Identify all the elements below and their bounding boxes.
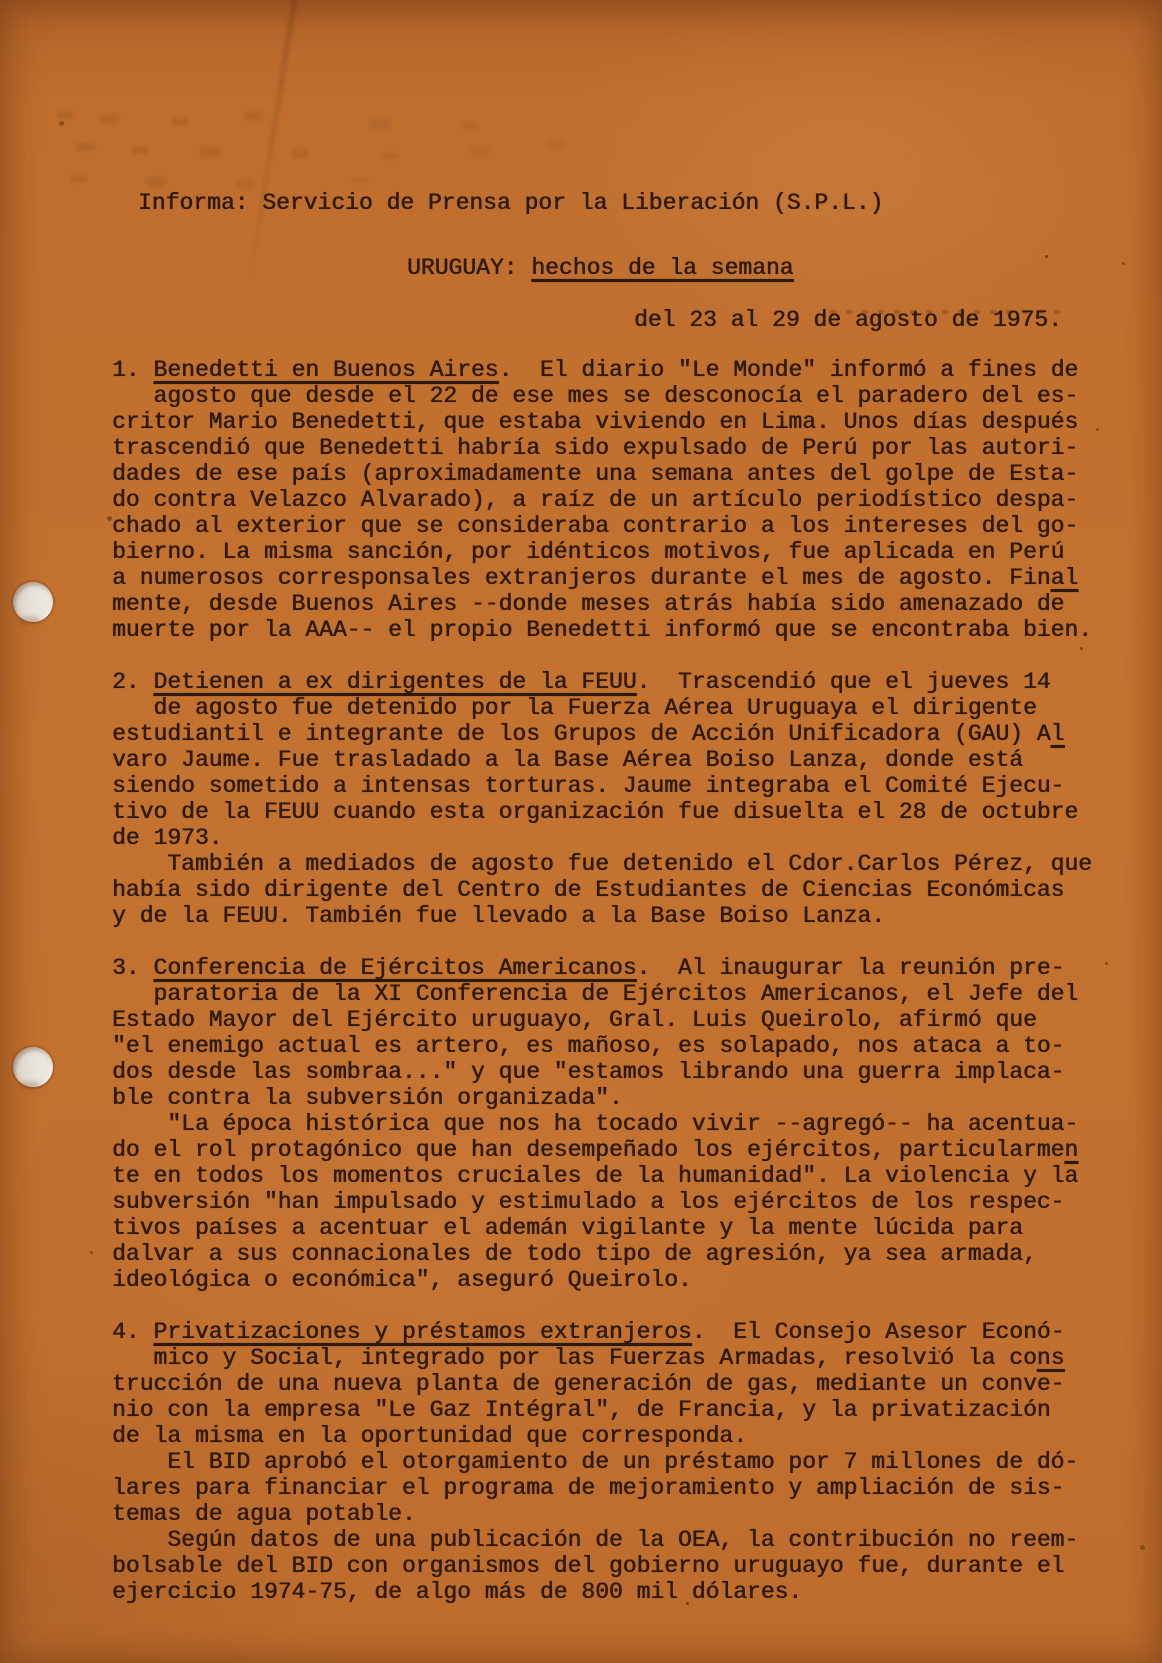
text-segment: do el rol protagónico que han desempeñad… <box>112 1137 1064 1163</box>
text-segment: 2. <box>112 669 153 695</box>
text-line: y de la FEUU. También fue llevado a la B… <box>112 903 1162 929</box>
text-line: tivo de la FEUU cuando esta organización… <box>112 799 1162 825</box>
text-segment: muerte por la AAA-- el propio Benedetti … <box>112 617 1092 643</box>
text-line: dalvar a sus connacionales de todo tipo … <box>112 1241 1162 1267</box>
text-line: tivos países a acentuar el ademán vigila… <box>112 1215 1162 1241</box>
text-line: mico y Social, integrado por las Fuerzas… <box>112 1345 1162 1371</box>
date-line: del 23 al 29 de agosto de 1975. <box>634 307 1162 333</box>
text-segment: dades de ese país (aproximadamente una s… <box>112 461 1078 487</box>
underlined-text: l <box>1051 721 1065 747</box>
text-line: bolsable del BID con organismos del gobi… <box>112 1553 1162 1579</box>
text-segment: El BID aprobó el otorgamiento de un prés… <box>112 1449 1078 1475</box>
news-section: 3. Conferencia de Ejércitos Americanos. … <box>112 955 1162 1293</box>
underlined-text: ns <box>1037 1345 1065 1371</box>
text-segment: Estado Mayor del Ejército uruguayo, Gral… <box>112 1007 1037 1033</box>
document-body: Informa: Servicio de Prensa por la Liber… <box>0 0 1162 1663</box>
text-line: 4. Privatizaciones y préstamos extranjer… <box>112 1319 1162 1345</box>
text-line: muerte por la AAA-- el propio Benedetti … <box>112 617 1162 643</box>
text-segment: . El Consejo Asesor Econó- <box>692 1319 1065 1345</box>
text-line: "el enemigo actual es artero, es mañoso,… <box>112 1033 1162 1059</box>
text-line: siendo sometido a intensas torturas. Jau… <box>112 773 1162 799</box>
text-line: de agosto fue detenido por la Fuerza Aér… <box>112 695 1162 721</box>
text-segment: dos desde las sombraa..." y que "estamos… <box>112 1059 1064 1085</box>
news-section: 2. Detienen a ex dirigentes de la FEUU. … <box>112 669 1162 929</box>
text-line: chado al exterior que se consideraba con… <box>112 513 1162 539</box>
text-line: estudiantil e integrante de los Grupos d… <box>112 721 1162 747</box>
text-line: 1. Benedetti en Buenos Aires. El diario … <box>112 357 1162 383</box>
text-line: dades de ese país (aproximadamente una s… <box>112 461 1162 487</box>
text-segment: de agosto fue detenido por la Fuerza Aér… <box>112 695 1037 721</box>
text-segment: subversión "han impulsado y estimulado a… <box>112 1189 1064 1215</box>
text-segment: trascendió que Benedetti habría sido exp… <box>112 435 1078 461</box>
news-section: 4. Privatizaciones y préstamos extranjer… <box>112 1319 1162 1605</box>
text-line: temas de agua potable. <box>112 1501 1162 1527</box>
text-line: varo Jaume. Fue trasladado a la Base Aér… <box>112 747 1162 773</box>
text-segment: mico y Social, integrado por las Fuerzas… <box>112 1345 1037 1371</box>
text-segment: te en todos los momentos cruciales de la… <box>112 1163 1078 1189</box>
text-line: trucción de una nueva planta de generaci… <box>112 1371 1162 1397</box>
scanned-document-page: { "colors": { "paper": "#c1702f", "ink":… <box>0 0 1162 1663</box>
text-line: ble contra la subversión organizada". <box>112 1085 1162 1111</box>
title-prefix: URUGUAY: <box>407 255 531 281</box>
text-line: trascendió que Benedetti habría sido exp… <box>112 435 1162 461</box>
text-segment: había sido dirigente del Centro de Estud… <box>112 877 1064 903</box>
text-segment: 3. <box>112 955 153 981</box>
text-segment: ejercicio 1974-75, de algo más de 800 mi… <box>112 1579 802 1605</box>
text-segment: de 1973. <box>112 825 222 851</box>
text-segment: dalvar a sus connacionales de todo tipo … <box>112 1241 1037 1267</box>
title-underlined: hechos de la semana <box>531 255 793 281</box>
section-heading: Benedetti en Buenos Aires <box>153 357 498 383</box>
text-segment: bierno. La misma sanción, por idénticos … <box>112 539 1064 565</box>
text-line: de la misma en la oportunidad que corres… <box>112 1423 1162 1449</box>
text-segment: y de la FEUU. También fue llevado a la B… <box>112 903 885 929</box>
section-heading: Privatizaciones y préstamos extranjeros <box>153 1319 691 1345</box>
text-line: nio con la empresa "Le Gaz Intégral", de… <box>112 1397 1162 1423</box>
text-segment: varo Jaume. Fue trasladado a la Base Aér… <box>112 747 1023 773</box>
text-line: Según datos de una publicación de la OEA… <box>112 1527 1162 1553</box>
text-segment: "La época histórica que nos ha tocado vi… <box>112 1111 1078 1137</box>
text-line: do contra Velazco Alvarado), a raíz de u… <box>112 487 1162 513</box>
text-segment: de la misma en la oportunidad que corres… <box>112 1423 747 1449</box>
text-segment: bolsable del BID con organismos del gobi… <box>112 1553 1064 1579</box>
text-segment: nio con la empresa "Le Gaz Intégral", de… <box>112 1397 1051 1423</box>
text-segment: a numerosos corresponsales extranjeros d… <box>112 565 1051 591</box>
news-section: 1. Benedetti en Buenos Aires. El diario … <box>112 357 1162 643</box>
text-line: El BID aprobó el otorgamiento de un prés… <box>112 1449 1162 1475</box>
section-heading: Detienen a ex dirigentes de la FEUU <box>153 669 636 695</box>
text-segment: . Trascendió que el jueves 14 <box>637 669 1051 695</box>
text-line: te en todos los momentos cruciales de la… <box>112 1163 1162 1189</box>
text-line: critor Mario Benedetti, que estaba vivie… <box>112 409 1162 435</box>
text-line: ejercicio 1974-75, de algo más de 800 mi… <box>112 1579 1162 1605</box>
text-segment: paratoria de la XI Conferencia de Ejérci… <box>112 981 1078 1007</box>
text-segment: tivo de la FEUU cuando esta organización… <box>112 799 1078 825</box>
text-line: había sido dirigente del Centro de Estud… <box>112 877 1162 903</box>
text-line: dos desde las sombraa..." y que "estamos… <box>112 1059 1162 1085</box>
text-line: Estado Mayor del Ejército uruguayo, Gral… <box>112 1007 1162 1033</box>
section-heading: Conferencia de Ejércitos Americanos <box>153 955 636 981</box>
text-segment: estudiantil e integrante de los Grupos d… <box>112 721 1051 747</box>
text-line: 2. Detienen a ex dirigentes de la FEUU. … <box>112 669 1162 695</box>
text-segment: ble contra la subversión organizada". <box>112 1085 623 1111</box>
text-segment: . El diario "Le Monde" informó a fines d… <box>498 357 1078 383</box>
underlined-text: n <box>1064 1137 1078 1163</box>
text-segment: También a mediados de agosto fue detenid… <box>112 851 1092 877</box>
text-line: subversión "han impulsado y estimulado a… <box>112 1189 1162 1215</box>
text-segment: "el enemigo actual es artero, es mañoso,… <box>112 1033 1064 1059</box>
text-segment: Según datos de una publicación de la OEA… <box>112 1527 1078 1553</box>
text-segment: tivos países a acentuar el ademán vigila… <box>112 1215 1023 1241</box>
text-line: agosto que desde el 22 de ese mes se des… <box>112 383 1162 409</box>
text-segment: mente, desde Buenos Aires --donde meses … <box>112 591 1064 617</box>
text-line: do el rol protagónico que han desempeñad… <box>112 1137 1162 1163</box>
text-line: a numerosos corresponsales extranjeros d… <box>112 565 1162 591</box>
text-segment: critor Mario Benedetti, que estaba vivie… <box>112 409 1078 435</box>
text-segment: 1. <box>112 357 153 383</box>
underlined-text: al <box>1051 565 1079 591</box>
text-line: de 1973. <box>112 825 1162 851</box>
text-segment: lares para financiar el programa de mejo… <box>112 1475 1064 1501</box>
text-line: paratoria de la XI Conferencia de Ejérci… <box>112 981 1162 1007</box>
text-line: ideológica o económica", aseguró Queirol… <box>112 1267 1162 1293</box>
text-segment: temas de agua potable. <box>112 1501 416 1527</box>
text-line: mente, desde Buenos Aires --donde meses … <box>112 591 1162 617</box>
text-line: 3. Conferencia de Ejércitos Americanos. … <box>112 955 1162 981</box>
text-line: lares para financiar el programa de mejo… <box>112 1475 1162 1501</box>
informa-line: Informa: Servicio de Prensa por la Liber… <box>138 190 1162 216</box>
sections-container: 1. Benedetti en Buenos Aires. El diario … <box>112 357 1162 1605</box>
text-segment: siendo sometido a intensas torturas. Jau… <box>112 773 1064 799</box>
bulletin-title: URUGUAY: hechos de la semana <box>407 255 1162 281</box>
text-segment: . Al inaugurar la reunión pre- <box>637 955 1065 981</box>
text-segment: trucción de una nueva planta de generaci… <box>112 1371 1064 1397</box>
text-segment: chado al exterior que se consideraba con… <box>112 513 1078 539</box>
text-line: bierno. La misma sanción, por idénticos … <box>112 539 1162 565</box>
text-segment: ideológica o económica", aseguró Queirol… <box>112 1267 692 1293</box>
text-segment: do contra Velazco Alvarado), a raíz de u… <box>112 487 1078 513</box>
text-segment: agosto que desde el 22 de ese mes se des… <box>112 383 1078 409</box>
text-line: "La época histórica que nos ha tocado vi… <box>112 1111 1162 1137</box>
text-line: También a mediados de agosto fue detenid… <box>112 851 1162 877</box>
text-segment: 4. <box>112 1319 153 1345</box>
